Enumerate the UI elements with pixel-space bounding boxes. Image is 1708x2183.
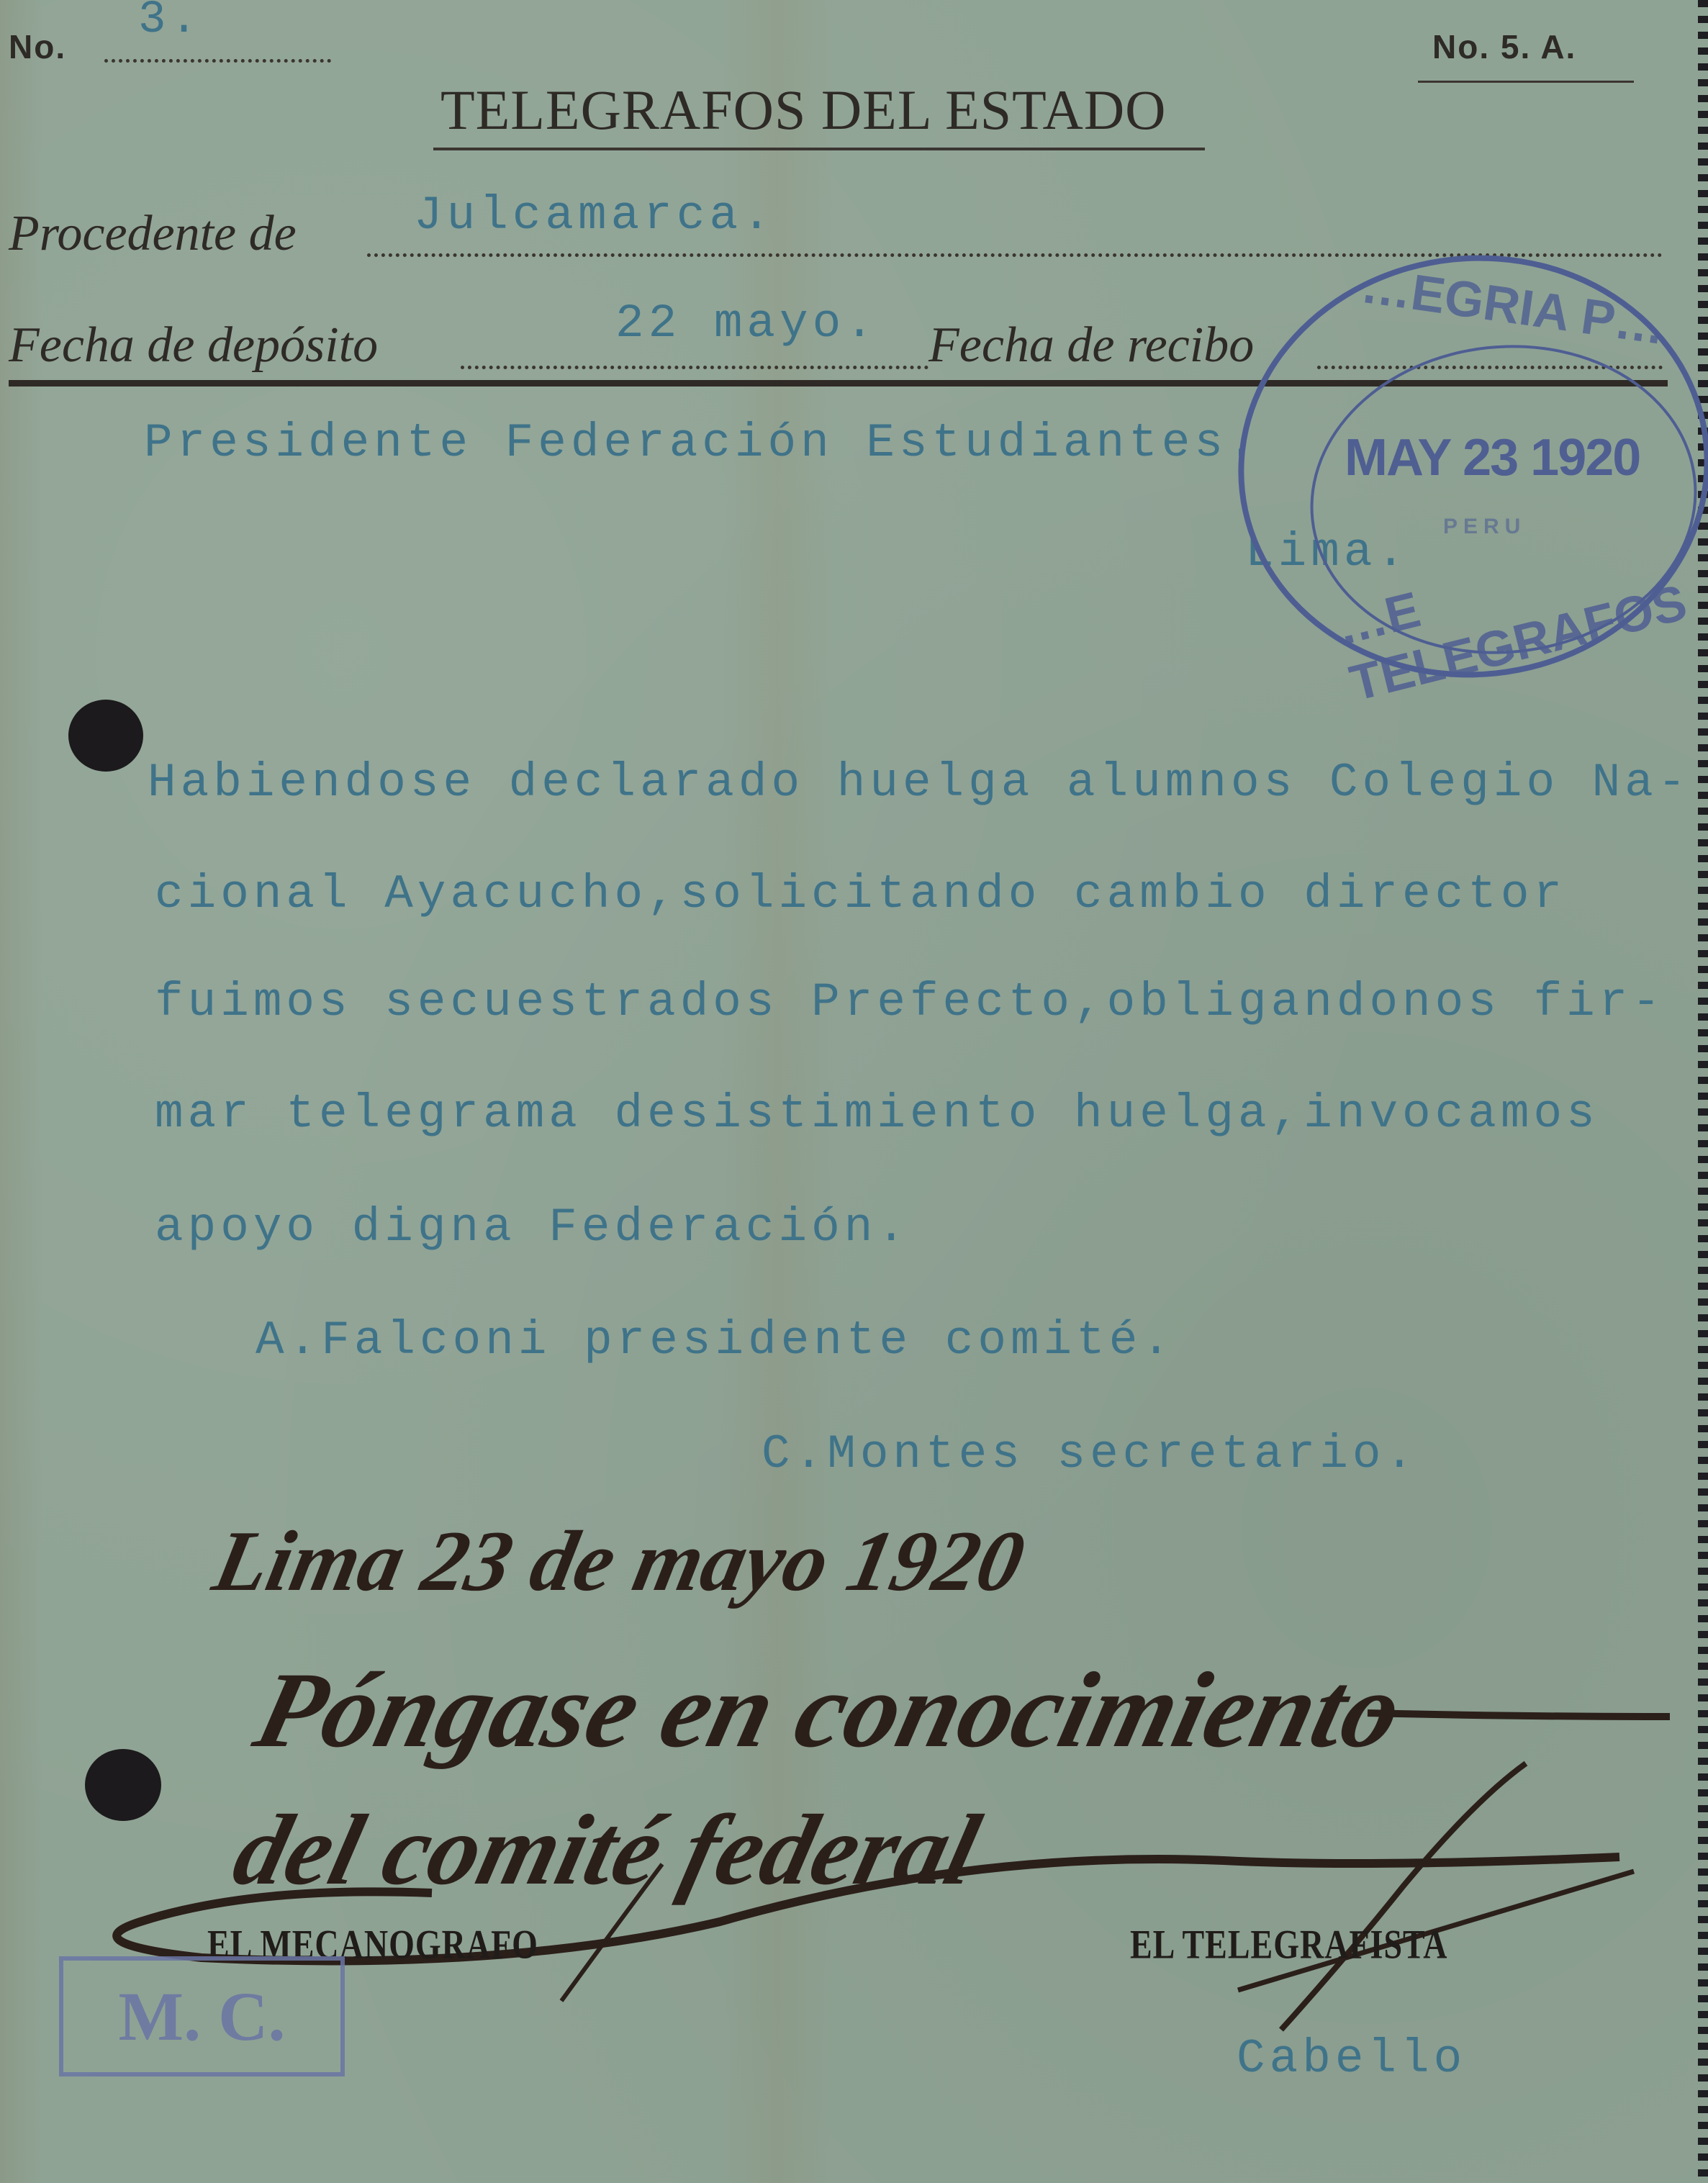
typist-initials-stamp: M. C. <box>59 1956 345 2076</box>
origin-label: Procedente de <box>9 205 297 263</box>
origin-value: Julcamarca. <box>414 189 775 243</box>
sender-signature-1: A.Falconi presidente comité. <box>256 1314 1175 1368</box>
deposit-date-label: Fecha de depósito <box>9 317 378 374</box>
deposit-date-value: 22 mayo. <box>615 297 878 351</box>
telegram-number-label: No. <box>9 27 66 66</box>
punch-hole-top <box>68 700 143 772</box>
title-rule <box>433 148 1205 150</box>
deposit-date-dots <box>461 366 928 369</box>
body-line-3: fuimos secuestrados Prefecto,obligandono… <box>155 975 1665 1029</box>
body-line-1: Habiendose declarado huelga alumnos Cole… <box>148 756 1691 810</box>
telegraphist-name: Cabello <box>1237 2032 1466 2086</box>
signature-strokes <box>0 1583 1708 2183</box>
telegram-number-dots <box>104 59 331 63</box>
telegraphist-label: EL TELEGRAFISTA <box>1130 1920 1448 1968</box>
sender-signature-2: C.Montes secretario. <box>762 1427 1418 1481</box>
typist-initials: M. C. <box>119 1976 286 2056</box>
addressee-line: Presidente Federación Estudiantes. <box>144 416 1260 470</box>
receipt-date-label: Fecha de recibo <box>928 317 1254 374</box>
form-code-rule <box>1418 81 1634 83</box>
document-title: TELEGRAFOS DEL ESTADO <box>440 78 1167 143</box>
body-line-4: mar telegrama desistimiento huelga,invoc… <box>155 1087 1599 1141</box>
postmark-center-text: PERU <box>1443 515 1526 539</box>
form-code: No. 5. A. <box>1432 27 1576 66</box>
body-line-2: cional Ayacucho,solicitando cambio direc… <box>155 867 1566 921</box>
telegram-number-value: 3. <box>138 0 202 46</box>
body-line-5: apoyo digna Federación. <box>155 1201 910 1255</box>
postmark-date: MAY 23 1920 <box>1345 428 1640 487</box>
